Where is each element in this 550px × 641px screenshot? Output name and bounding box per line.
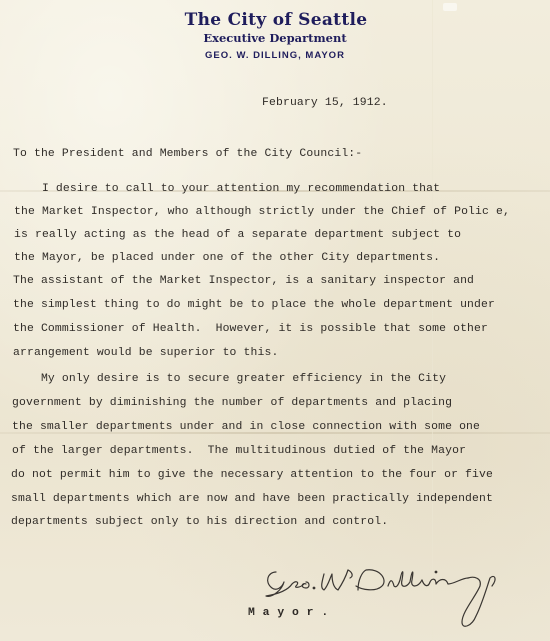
paper-stain bbox=[443, 3, 457, 11]
paragraph-line: the Mayor, be placed under one of the ot… bbox=[14, 251, 440, 265]
handwritten-signature bbox=[262, 560, 550, 635]
letterhead-department: Executive Department bbox=[150, 30, 400, 46]
letterhead: The City of Seattle Executive Department… bbox=[150, 10, 400, 63]
paragraph-line: the Commissioner of Health. However, it … bbox=[13, 322, 488, 336]
paragraph-line: small departments which are now and have… bbox=[11, 492, 493, 506]
paragraph-line: the smaller departments under and in clo… bbox=[12, 420, 480, 434]
letter-salutation: To the President and Members of the City… bbox=[13, 147, 362, 161]
paragraph-line: do not permit him to give the necessary … bbox=[11, 468, 493, 482]
paragraph-line: government by diminishing the number of … bbox=[12, 396, 452, 410]
letter-date: February 15, 1912. bbox=[262, 96, 388, 110]
paragraph-line: the Market Inspector, who although stric… bbox=[14, 205, 510, 219]
letter-page: The City of Seattle Executive Department… bbox=[0, 0, 550, 641]
paragraph-line: My only desire is to secure greater effi… bbox=[13, 372, 446, 386]
paragraph-line: I desire to call to your attention my re… bbox=[14, 182, 440, 196]
paragraph-line: arrangement would be superior to this. bbox=[13, 346, 278, 360]
paper-crease-vertical bbox=[432, 0, 433, 641]
letterhead-mayor: GEO. W. DILLING, MAYOR bbox=[150, 49, 400, 63]
paragraph-line: departments subject only to his directio… bbox=[11, 515, 388, 529]
paragraph-line: is really acting as the head of a separa… bbox=[14, 228, 461, 242]
paragraph-line: the simplest thing to do might be to pla… bbox=[13, 298, 495, 312]
letterhead-title: The City of Seattle bbox=[152, 10, 400, 30]
paragraph-line: of the larger departments. The multitudi… bbox=[12, 444, 466, 458]
closing-title: M a y o r . bbox=[248, 606, 329, 620]
paragraph-line: The assistant of the Market Inspector, i… bbox=[13, 274, 474, 288]
